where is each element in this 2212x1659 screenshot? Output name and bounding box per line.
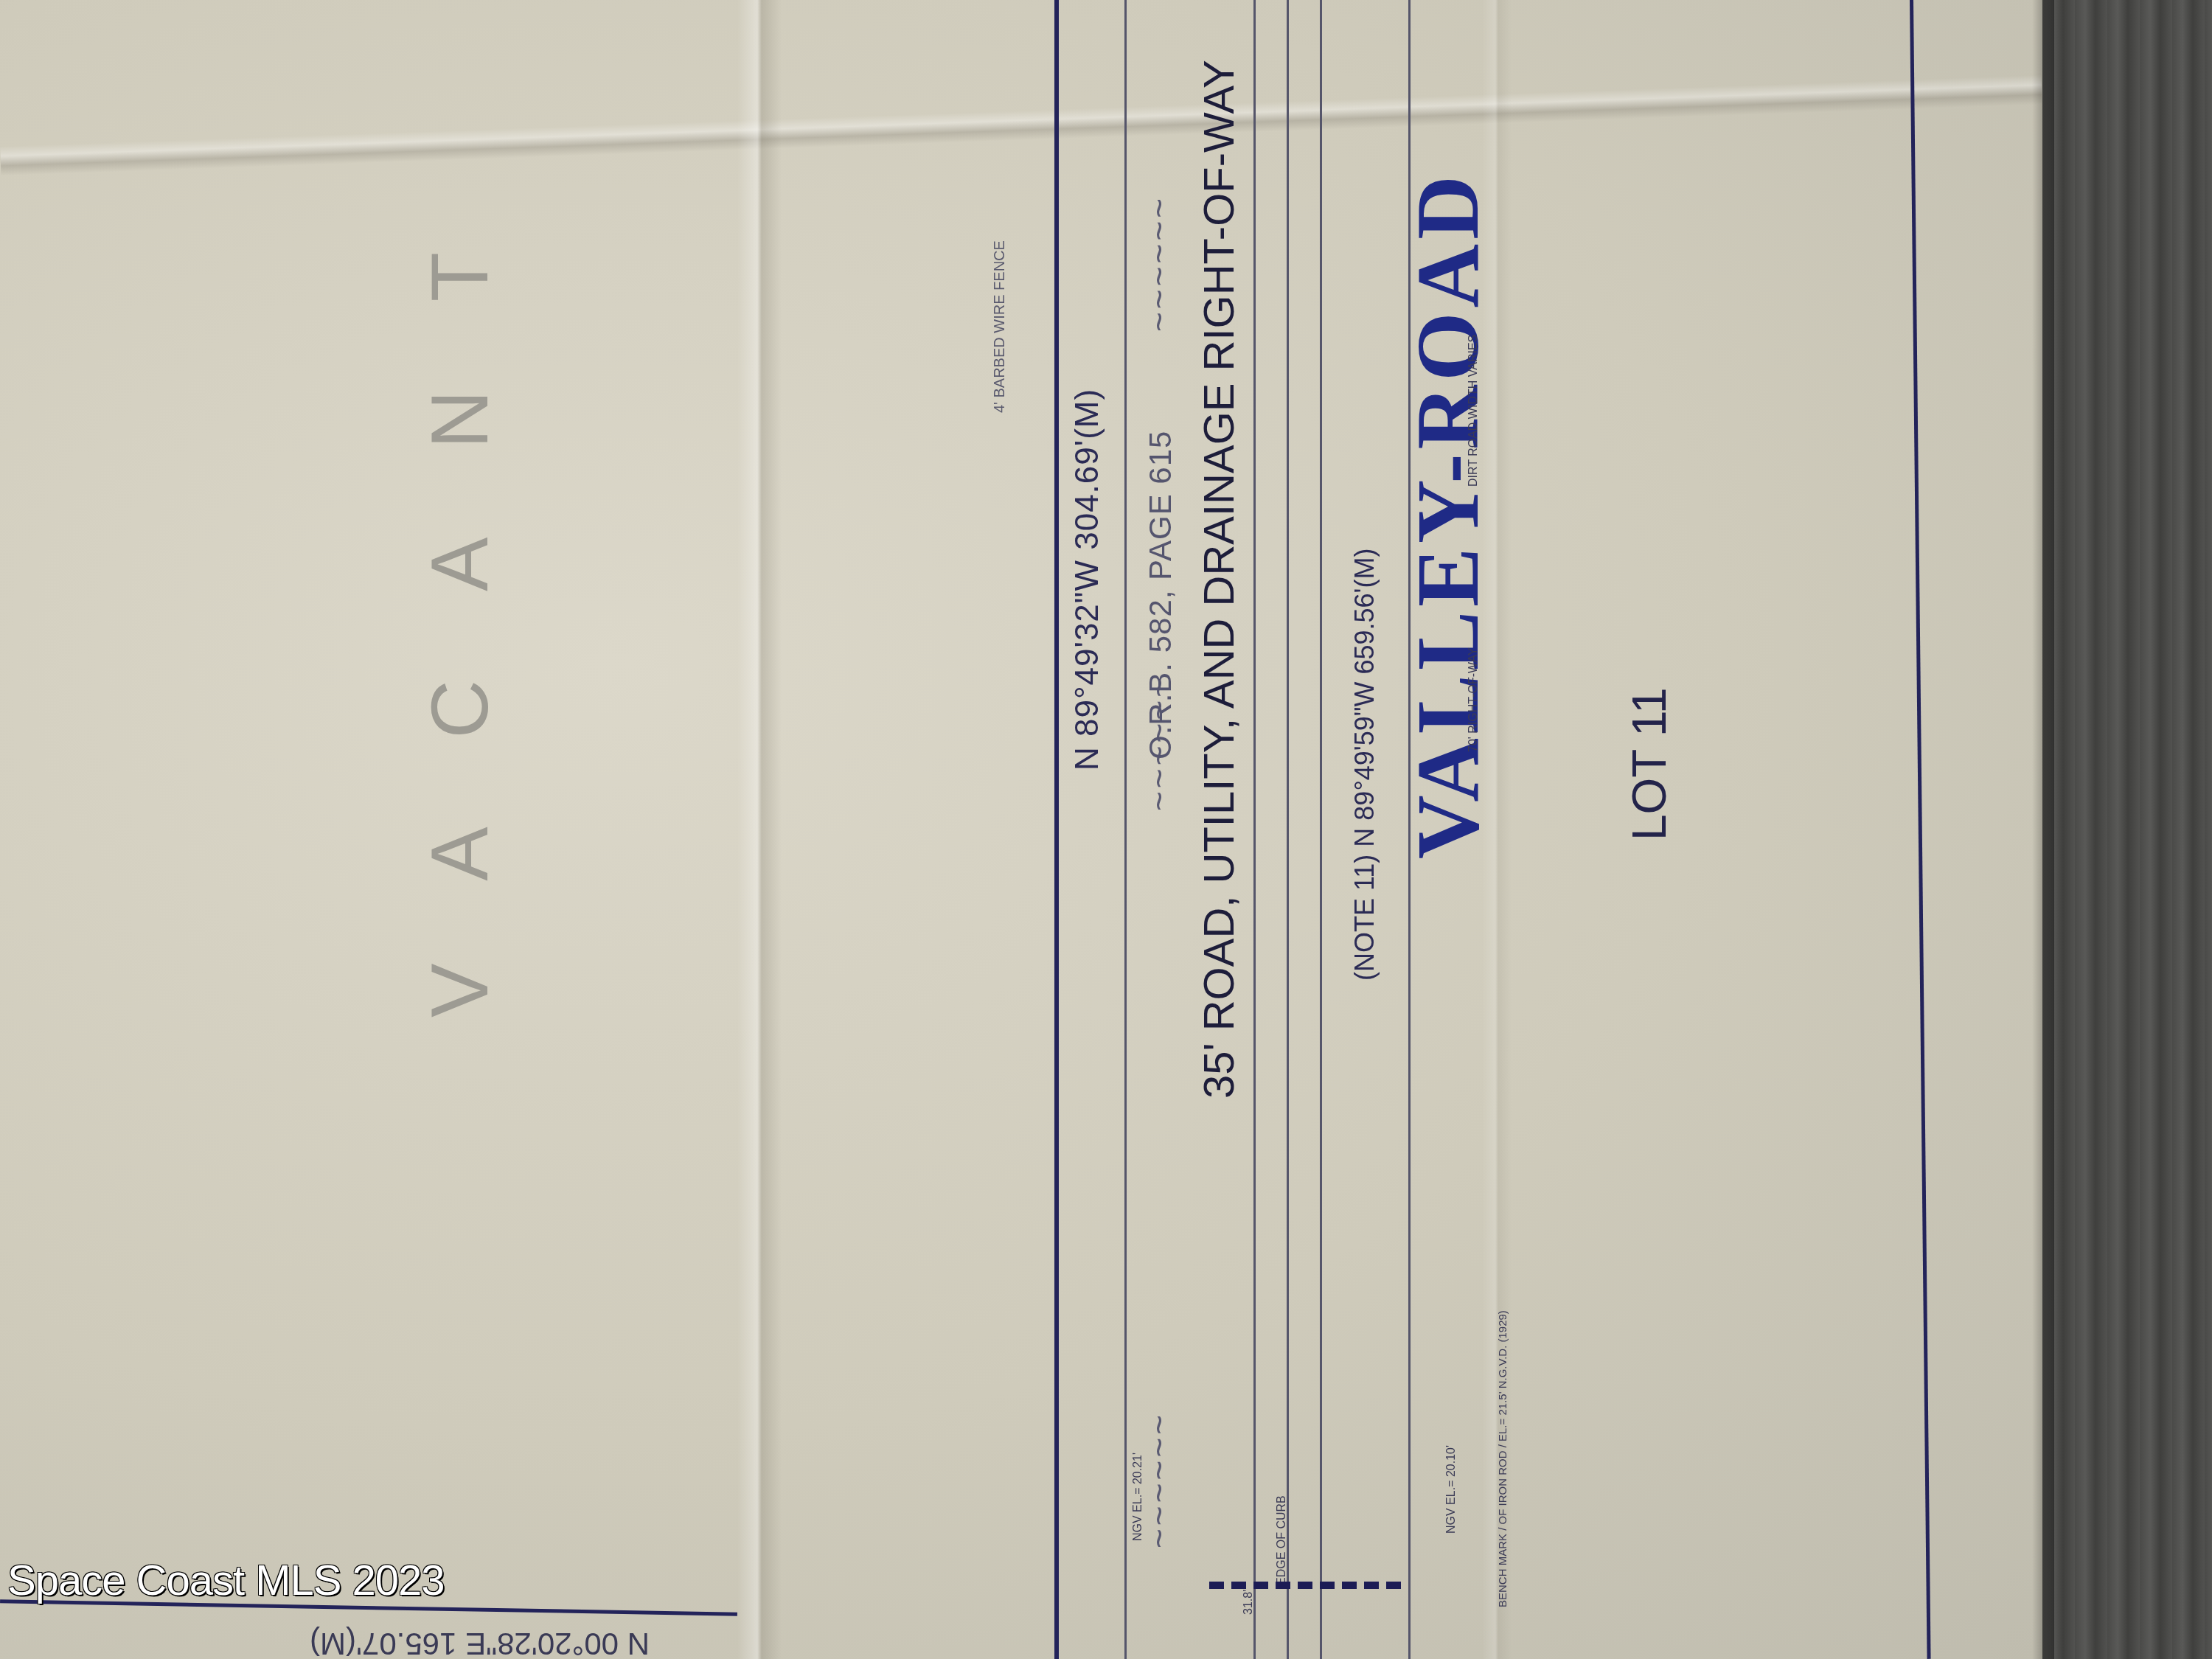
drainage-pattern: ~~~~~~	[1139, 1412, 1179, 1548]
lot-boundary-line	[1910, 0, 1931, 1659]
benchmark-label: BENCH MARK / OF IRON ROD / EL.= 21.5' N.…	[1497, 1310, 1509, 1607]
watermark: Space Coast MLS 2023	[7, 1556, 445, 1605]
west-bearing-label: N 00°20'28"E 165.07'(M)	[310, 1626, 650, 1659]
easement-label: 35' ROAD, UTILITY, AND DRAINAGE RIGHT-OF…	[1194, 60, 1244, 1099]
north-bearing-label: N 89°49'32"W 304.69'(M)	[1069, 389, 1106, 771]
easement-line	[1320, 0, 1322, 1659]
fence-label: 4' BARBED WIRE FENCE	[992, 240, 1009, 413]
dimension-label: 31.8'	[1242, 1590, 1256, 1615]
road-width-label: 70' RIGHT-OF-WAY	[1467, 647, 1481, 752]
elevation-label: NGV EL.= 20.10'	[1445, 1445, 1458, 1534]
dimension-dashed-line	[1209, 1582, 1401, 1589]
elevation-label: NGV EL.= 20.21'	[1132, 1453, 1145, 1541]
easement-line	[1287, 0, 1289, 1659]
road-name: VALLEY-ROAD	[1397, 171, 1499, 859]
road-bearing-label: (NOTE 11) N 89°49'59"W 659.56'(M)	[1349, 549, 1380, 981]
easement-line	[1124, 0, 1127, 1659]
desk-surface	[2042, 0, 2212, 1659]
lot-label: LOT 11	[1622, 687, 1677, 841]
vacant-label: VACANT	[413, 164, 507, 1018]
orb-reference: O.R.B. 582, PAGE 615	[1143, 431, 1178, 759]
fold-crease	[0, 75, 2042, 176]
easement-line	[1253, 0, 1256, 1659]
survey-paper: VACANT N 89°49'32"W 304.69'(M) 4' BARBED…	[0, 0, 2042, 1659]
drainage-pattern: ~~~~~~	[1139, 195, 1179, 332]
curb-label: EDGE OF CURB	[1276, 1495, 1289, 1585]
road-surface-label: DIRT ROAD WIDTH VARIES	[1467, 335, 1481, 487]
property-line-north	[1054, 0, 1059, 1659]
fold-crease	[737, 0, 782, 1659]
